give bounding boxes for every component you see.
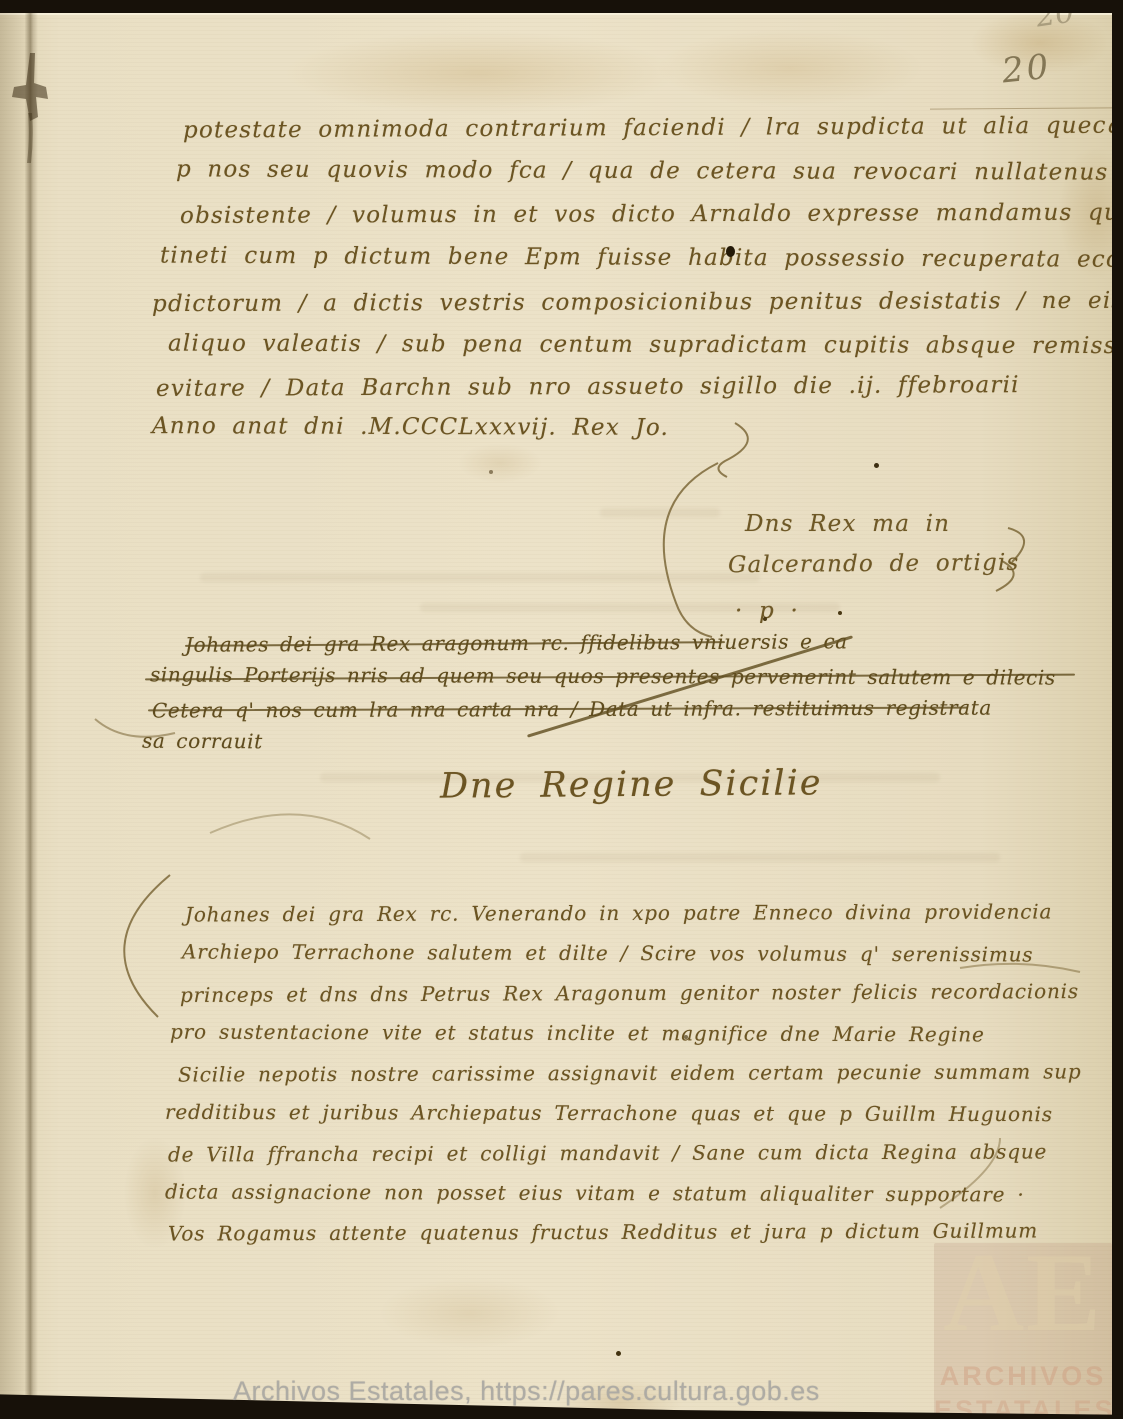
margin-swash [210,814,370,839]
manuscript-line: princeps et dns dns Petrus Rex Aragonum … [180,979,1079,1007]
ink-dot [489,470,493,474]
chancery-note-line: Dns Rex ma in [745,511,950,537]
ink-dot [684,1035,688,1039]
binding-strip [0,13,24,1419]
manuscript-line: potestate omnimoda contrarium faciendi /… [183,112,1112,143]
logo-text-line1: ARCHIVOS [934,1361,1112,1392]
photo-edge-top [0,0,1123,13]
manuscript-line: Anno anat dni .M.CCCLxxxvij. Rex Jo. [152,413,669,441]
manuscript-page: 20 20 potestate omnimoda contrarium faci… [0,13,1112,1419]
manuscript-line: dicta assignacione non posset eius vitam… [165,1179,1025,1206]
ink-dot [763,617,767,621]
binding-stitch-tear [8,53,68,163]
manuscript-line: aliquo valeatis / sub pena centum suprad… [168,331,1112,360]
manuscript-line: Johanes dei gra Rex rc. Venerando in xpo… [185,899,1052,926]
verso-showthrough [320,773,940,782]
manuscript-line: p nos seu quovis modo fca / qua de ceter… [176,156,1109,185]
manuscript-line: Vos Rogamus attente quatenus fructus Red… [168,1218,1038,1245]
paper-hole [726,246,735,257]
verso-showthrough [520,853,1000,862]
verso-showthrough [200,573,760,582]
paraph-flourish [718,423,747,477]
archivos-estatales-logo: AE ARCHIVOS ESTATALES [934,1243,1112,1419]
ink-dot [838,611,842,615]
ink-dot [874,463,879,468]
entry-heading: Dne Regine Sicilie [440,763,823,806]
logo-monogram: AE [934,1243,1112,1358]
manuscript-line: pro sustentacione vite et status inclite… [170,1020,985,1047]
manuscript-line: de Villa ffrancha recipi et colligi mand… [168,1139,1047,1166]
manuscript-line: tineti cum p dictum bene Epm fuisse habi… [160,243,1112,274]
pares-watermark: Archivos Estatales, https://pares.cultur… [233,1376,820,1407]
cancelled-line: sa corrauit [142,729,263,754]
binding-gutter-crease [24,13,38,1419]
photo-edge-right [1112,0,1123,1419]
margin-c-flourish [124,875,170,1017]
manuscript-line: Archiepo Terrachone salutem et dilte / S… [182,940,1033,967]
manuscript-line: redditibus et juribus Archiepatus Terrac… [165,1100,1053,1126]
paper-crease [930,107,1112,109]
verso-showthrough [420,603,840,612]
folio-number: 20 [1000,47,1053,92]
manuscript-line: evitare / Data Barchn sub nro assueto si… [156,372,1020,402]
manuscript-line: Sicilie nepotis nostre carissime assigna… [178,1059,1082,1086]
manuscript-photo: 20 20 potestate omnimoda contrarium faci… [0,0,1123,1419]
verso-showthrough [600,508,720,517]
manuscript-line: obsistente / volumus in et vos dicto Arn… [180,199,1112,229]
ink-dot [616,1351,621,1356]
chancery-note-line: Galcerando de ortigis [728,550,1020,579]
manuscript-line: pdictorum / a dictis vestris composicion… [152,287,1112,317]
folio-number-ghost: 20 [1034,13,1077,34]
